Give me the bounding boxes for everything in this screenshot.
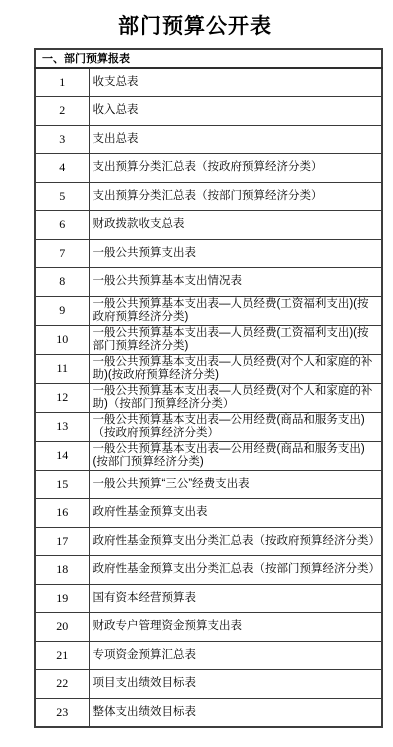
row-number: 8	[35, 268, 89, 297]
row-label: 支出预算分类汇总表（按政府预算经济分类）	[89, 154, 382, 183]
table-row: 5支出预算分类汇总表（按部门预算经济分类）	[35, 182, 382, 211]
table-row: 1收支总表	[35, 68, 382, 97]
row-label: 政府性基金预算支出分类汇总表（按政府预算经济分类）	[89, 527, 382, 556]
row-number: 18	[35, 556, 89, 585]
table-row: 3支出总表	[35, 125, 382, 154]
row-label: 整体支出绩效目标表	[89, 698, 382, 727]
table-row: 9一般公共预算基本支出表—人员经费(工资福利支出)(按政府预算经济分类)	[35, 296, 382, 325]
row-label: 国有资本经营预算表	[89, 584, 382, 613]
row-number: 22	[35, 670, 89, 699]
row-number: 16	[35, 499, 89, 528]
row-label: 财政专户管理资金预算支出表	[89, 613, 382, 642]
row-number: 7	[35, 239, 89, 268]
table-row: 20财政专户管理资金预算支出表	[35, 613, 382, 642]
row-number: 15	[35, 470, 89, 499]
row-label: 一般公共预算支出表	[89, 239, 382, 268]
table-row: 11一般公共预算基本支出表—人员经费(对个人和家庭的补助)(按政府预算经济分类)	[35, 354, 382, 383]
row-label: 一般公共预算基本支出表—公用经费(商品和服务支出)（按政府预算经济分类）	[89, 412, 382, 441]
section-header: 一、部门预算报表	[35, 49, 382, 68]
row-label: 政府性基金预算支出分类汇总表（按部门预算经济分类）	[89, 556, 382, 585]
row-number: 23	[35, 698, 89, 727]
row-number: 12	[35, 383, 89, 412]
table-row: 6财政拨款收支总表	[35, 211, 382, 240]
table-row: 19国有资本经营预算表	[35, 584, 382, 613]
row-label: 支出预算分类汇总表（按部门预算经济分类）	[89, 182, 382, 211]
table-row: 8一般公共预算基本支出情况表	[35, 268, 382, 297]
row-label: 项目支出绩效目标表	[89, 670, 382, 699]
section-header-row: 一、部门预算报表	[35, 49, 382, 68]
row-label: 一般公共预算基本支出表—公用经费(商品和服务支出)(按部门预算经济分类)	[89, 441, 382, 470]
table-row: 4支出预算分类汇总表（按政府预算经济分类）	[35, 154, 382, 183]
table-row: 22项目支出绩效目标表	[35, 670, 382, 699]
row-label: 一般公共预算基本支出表—人员经费(工资福利支出)(按部门预算经济分类)	[89, 325, 382, 354]
row-label: 一般公共预算基本支出表—人员经费(对个人和家庭的补助)（按部门预算经济分类）	[89, 383, 382, 412]
table-row: 7一般公共预算支出表	[35, 239, 382, 268]
row-number: 6	[35, 211, 89, 240]
table-row: 21专项资金预算汇总表	[35, 641, 382, 670]
row-number: 14	[35, 441, 89, 470]
table-row: 17政府性基金预算支出分类汇总表（按政府预算经济分类）	[35, 527, 382, 556]
table-row: 15一般公共预算“三公”经费支出表	[35, 470, 382, 499]
row-number: 11	[35, 354, 89, 383]
table-row: 23整体支出绩效目标表	[35, 698, 382, 727]
table-row: 14一般公共预算基本支出表—公用经费(商品和服务支出)(按部门预算经济分类)	[35, 441, 382, 470]
row-number: 20	[35, 613, 89, 642]
row-number: 9	[35, 296, 89, 325]
row-number: 21	[35, 641, 89, 670]
table-row: 10一般公共预算基本支出表—人员经费(工资福利支出)(按部门预算经济分类)	[35, 325, 382, 354]
row-number: 17	[35, 527, 89, 556]
row-number: 1	[35, 68, 89, 97]
row-number: 19	[35, 584, 89, 613]
table-row: 16政府性基金预算支出表	[35, 499, 382, 528]
budget-table-body: 一、部门预算报表 1收支总表2收入总表3支出总表4支出预算分类汇总表（按政府预算…	[35, 49, 382, 727]
row-label: 专项资金预算汇总表	[89, 641, 382, 670]
table-row: 12一般公共预算基本支出表—人员经费(对个人和家庭的补助)（按部门预算经济分类）	[35, 383, 382, 412]
table-row: 18政府性基金预算支出分类汇总表（按部门预算经济分类）	[35, 556, 382, 585]
row-number: 4	[35, 154, 89, 183]
table-row: 13一般公共预算基本支出表—公用经费(商品和服务支出)（按政府预算经济分类）	[35, 412, 382, 441]
row-number: 2	[35, 97, 89, 126]
row-label: 收支总表	[89, 68, 382, 97]
row-number: 13	[35, 412, 89, 441]
row-label: 一般公共预算“三公”经费支出表	[89, 470, 382, 499]
table-row: 2收入总表	[35, 97, 382, 126]
row-label: 政府性基金预算支出表	[89, 499, 382, 528]
row-label: 支出总表	[89, 125, 382, 154]
row-number: 5	[35, 182, 89, 211]
row-label: 一般公共预算基本支出表—人员经费(对个人和家庭的补助)(按政府预算经济分类)	[89, 354, 382, 383]
row-number: 10	[35, 325, 89, 354]
budget-table: 一、部门预算报表 1收支总表2收入总表3支出总表4支出预算分类汇总表（按政府预算…	[34, 48, 383, 728]
row-label: 一般公共预算基本支出表—人员经费(工资福利支出)(按政府预算经济分类)	[89, 296, 382, 325]
page-title: 部门预算公开表	[0, 10, 390, 40]
row-number: 3	[35, 125, 89, 154]
row-label: 一般公共预算基本支出情况表	[89, 268, 382, 297]
row-label: 财政拨款收支总表	[89, 211, 382, 240]
row-label: 收入总表	[89, 97, 382, 126]
